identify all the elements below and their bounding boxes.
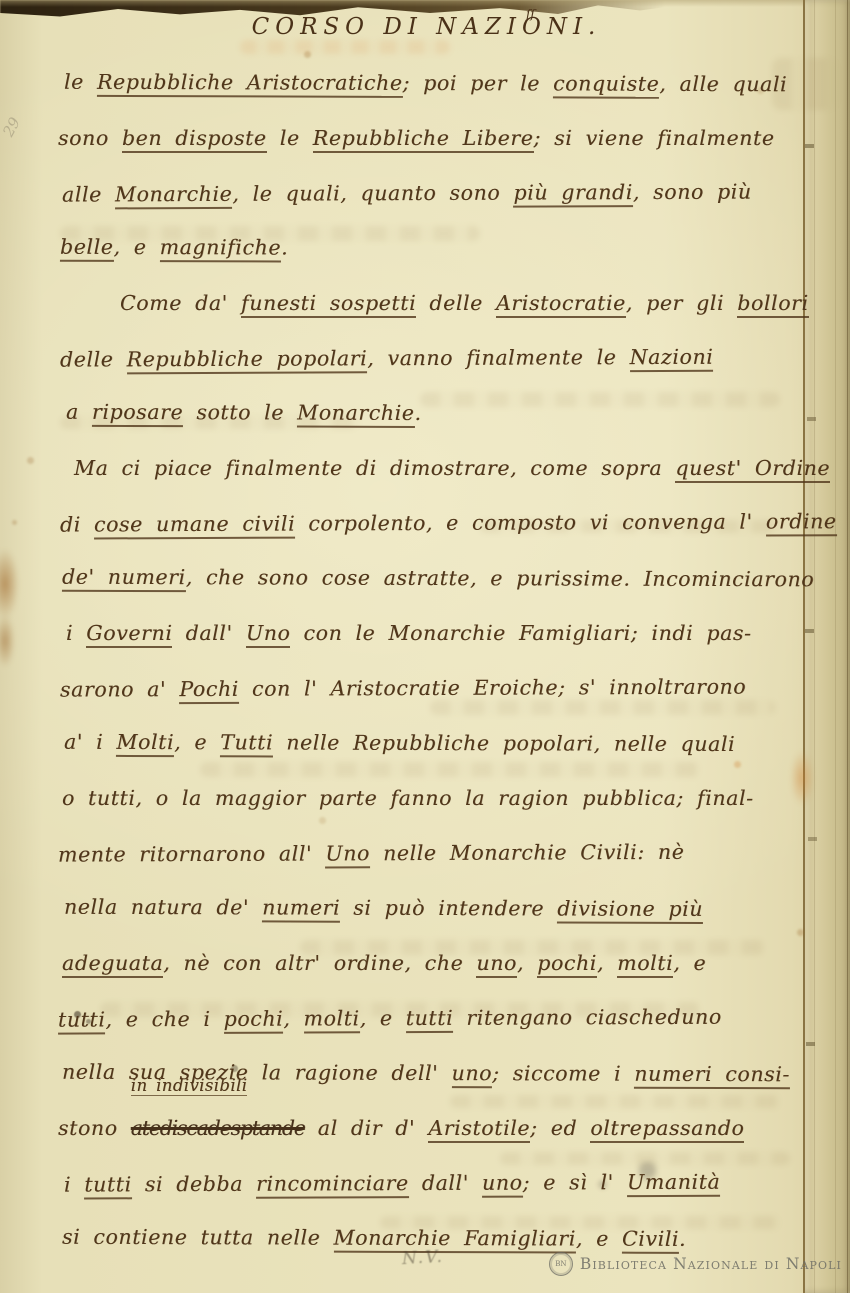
- paper-stain: [0, 614, 15, 668]
- underlined-text: tutti: [406, 1006, 454, 1033]
- manuscript-page: 29 CORSO DI NAZIONI. ſſ le Repubbliche A…: [0, 0, 850, 1293]
- underlined-text: adeguata: [62, 951, 163, 978]
- pencil-mark: 29: [0, 114, 24, 139]
- underlined-text: ordine: [766, 509, 837, 536]
- underlined-text: belle: [60, 235, 114, 262]
- manuscript-line: i tutti si debba rincominciare dall' uno…: [58, 1154, 798, 1212]
- underlined-text: Repubbliche Aristocratiche: [97, 70, 403, 98]
- catchword: N.V.: [402, 1247, 445, 1269]
- title-correction-mark: ſſ: [526, 7, 535, 21]
- underlined-text: Monarchie: [297, 401, 414, 428]
- manuscript-line: alle Monarchie, le quali, quanto sono pi…: [58, 164, 798, 222]
- manuscript-line: a' i Molti, e Tutti nelle Repubbliche po…: [58, 715, 798, 773]
- underlined-text: rincominciare: [256, 1171, 409, 1199]
- manuscript-line: tutti, e che i pochi, molti, e tutti rit…: [58, 989, 798, 1047]
- underlined-text: più grandi: [513, 180, 633, 208]
- underlined-text: conquiste: [553, 71, 659, 98]
- underlined-text: funesti sospetti: [241, 291, 416, 318]
- underlined-text: Uno: [325, 841, 370, 868]
- struck-out-text: atediscadesptande: [131, 1116, 305, 1140]
- manuscript-line: delle Repubbliche popolari, vanno finalm…: [58, 329, 798, 387]
- manuscript-text: le Repubbliche Aristocratiche; poi per l…: [58, 56, 798, 1266]
- underlined-text: Molti: [116, 730, 174, 757]
- library-monogram: BN: [555, 1260, 566, 1268]
- manuscript-line: o tutti, o la maggior parte fanno la rag…: [58, 771, 798, 826]
- manuscript-line: belle, e magnifiche.: [58, 220, 798, 278]
- page-title: CORSO DI NAZIONI. ſſ: [58, 14, 795, 40]
- underlined-text: Monarchie Famigliari: [334, 1226, 576, 1254]
- manuscript-line: a riposare sotto le Monarchie.: [58, 385, 798, 443]
- underlined-text: uno: [451, 1061, 492, 1088]
- page-edge-strip: [803, 0, 850, 1293]
- interlinear-insertion: in indivisibili: [131, 1078, 248, 1096]
- underlined-text: tutti: [84, 1172, 132, 1199]
- underlined-text: pochi: [537, 951, 597, 978]
- manuscript-line: di cose umane civili corpolento, e compo…: [58, 494, 798, 552]
- manuscript-line: nella natura de' numeri si può intendere…: [58, 880, 798, 938]
- library-logo-icon: BN: [549, 1252, 573, 1276]
- manuscript-line: stono in indivisibiliatediscadesptande a…: [58, 1101, 798, 1156]
- manuscript-line: Ma ci piace finalmente di dimostrare, co…: [58, 441, 798, 496]
- underlined-text: oltrepassando: [590, 1116, 744, 1143]
- underlined-text: uno: [482, 1171, 523, 1198]
- page-title-text: CORSO DI NAZIONI.: [252, 14, 602, 40]
- underlined-text: divisione più: [557, 896, 703, 924]
- library-stamp: BN Biblioteca Nazionale di Napoli: [549, 1252, 842, 1276]
- underlined-text: Pochi: [179, 677, 239, 704]
- underlined-text: Aristocratie: [496, 291, 626, 318]
- manuscript-line: le Repubbliche Aristocratiche; poi per l…: [58, 55, 798, 113]
- paper-stain: [0, 548, 19, 620]
- underlined-text: cose umane civili: [94, 512, 295, 540]
- underlined-text: molti: [617, 951, 673, 978]
- underlined-text: molti: [303, 1006, 359, 1033]
- underlined-text: tutti: [58, 1007, 106, 1034]
- underlined-text: Aristotile: [428, 1116, 530, 1143]
- underlined-text: Tutti: [220, 730, 273, 757]
- underlined-text: bollori: [737, 291, 808, 318]
- underlined-text: Nazioni: [630, 345, 714, 372]
- underlined-text: Monarchie: [115, 182, 232, 210]
- underlined-text: Umanità: [627, 1170, 720, 1197]
- manuscript-line: adeguata, nè con altr' ordine, che uno, …: [58, 936, 798, 991]
- underlined-text: Repubbliche Libere: [313, 126, 534, 153]
- top-edge-shadow: [0, 0, 803, 7]
- manuscript-line: de' numeri, che sono cose astratte, e pu…: [58, 550, 798, 608]
- underlined-text: Uno: [246, 621, 291, 648]
- underlined-text: pochi: [224, 1007, 284, 1034]
- manuscript-line: Come da' funesti sospetti delle Aristocr…: [58, 276, 798, 331]
- stamp-text: Biblioteca Nazionale di Napoli: [580, 1255, 842, 1273]
- underlined-text: numeri: [262, 895, 340, 922]
- underlined-text: Civili: [622, 1227, 679, 1254]
- underlined-text: magnifiche: [160, 235, 282, 262]
- underlined-text: ben disposte: [122, 126, 267, 153]
- underlined-text: de' numeri: [62, 565, 186, 592]
- underlined-text: Repubbliche popolari: [127, 346, 368, 374]
- underlined-text: uno: [476, 951, 517, 978]
- foxing-spots: [0, 0, 5, 5]
- manuscript-line: sarono a' Pochi con l' Aristocratie Eroi…: [58, 659, 798, 717]
- manuscript-line: mente ritornarono all' Uno nelle Monarch…: [58, 824, 798, 882]
- bleed-through-ghost: [240, 40, 450, 54]
- underlined-text: riposare: [92, 400, 183, 427]
- underlined-text: quest' Ordine: [675, 456, 830, 483]
- underlined-text: numeri consi-: [634, 1062, 790, 1090]
- manuscript-line: i Governi dall' Uno con le Monarchie Fam…: [58, 606, 798, 661]
- manuscript-line: sono ben disposte le Repubbliche Libere;…: [58, 111, 798, 166]
- underlined-text: Governi: [86, 621, 172, 648]
